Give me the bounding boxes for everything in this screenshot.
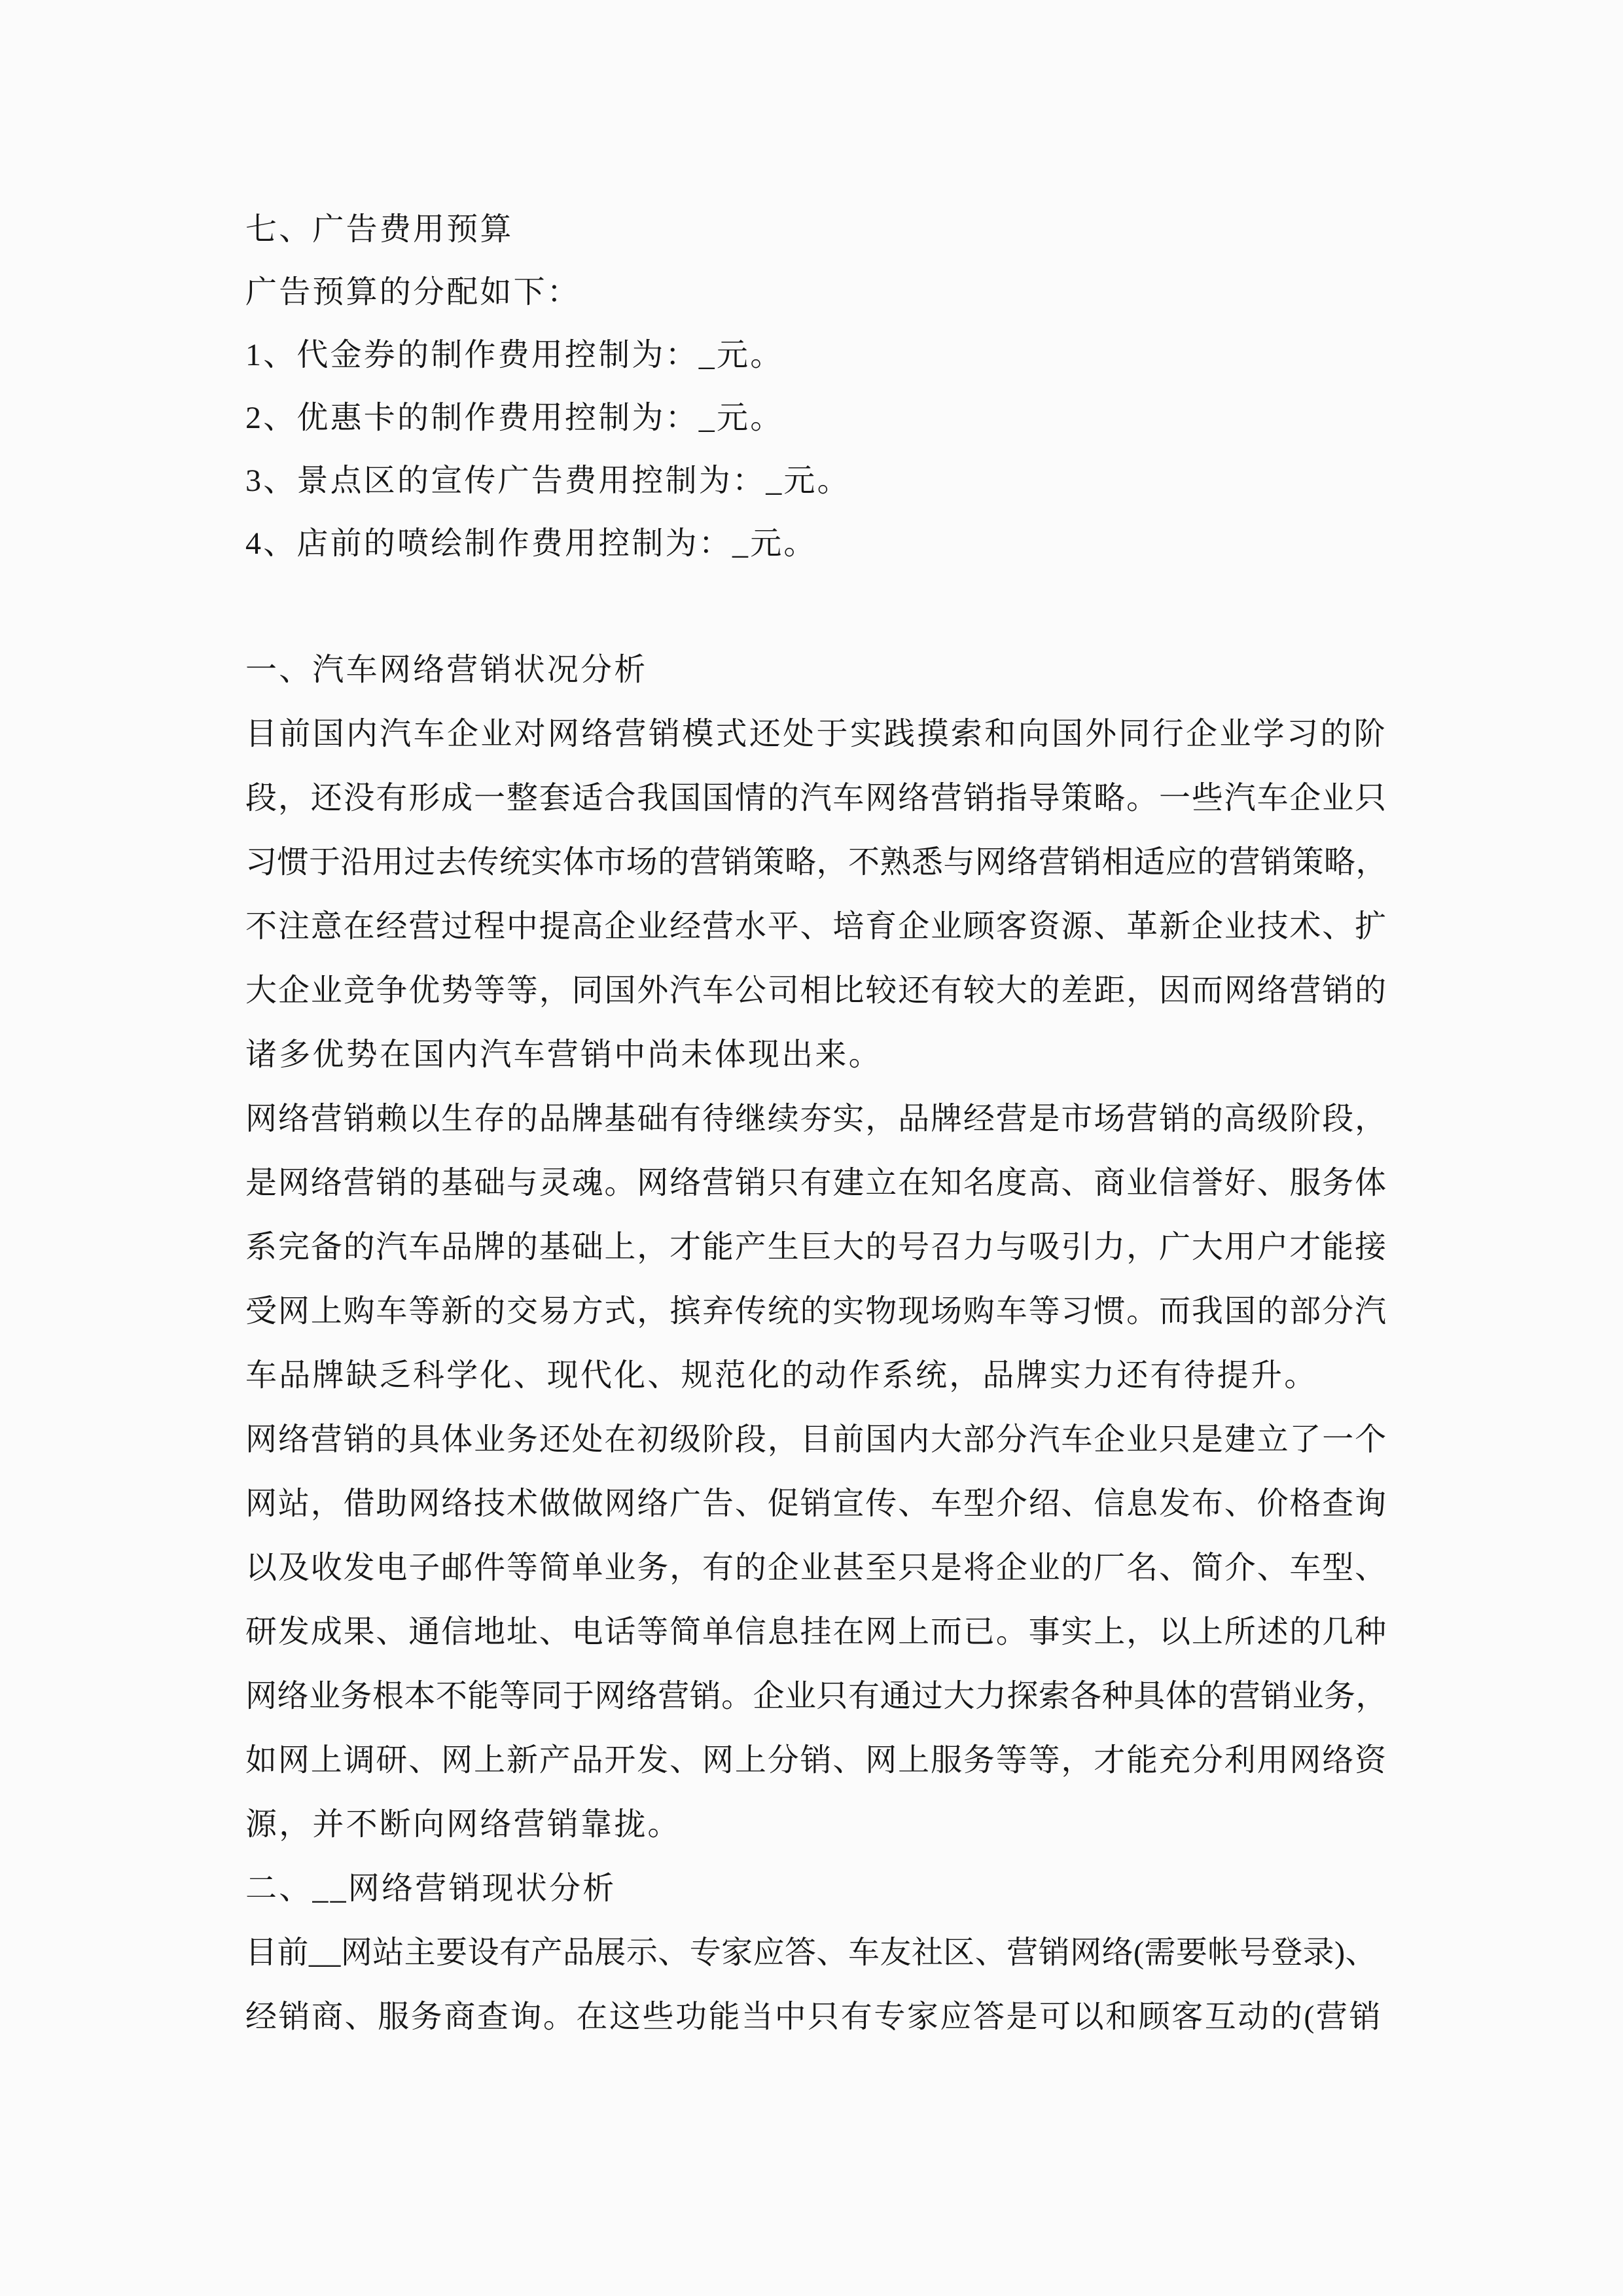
text-line: 网络营销赖以生存的品牌基础有待继续夯实，品牌经营是市场营销的高级阶段， [245, 1087, 1387, 1151]
text-line: 习惯于沿用过去传统实体市场的营销策略，不熟悉与网络营销相适应的营销策略， [245, 831, 1387, 895]
section-heading: 一、汽车网络营销状况分析 [245, 638, 1387, 702]
text-line: 网络业务根本不能等同于网络营销。企业只有通过大力探索各种具体的营销业务， [245, 1664, 1387, 1729]
text-line: 研发成果、通信地址、电话等简单信息挂在网上而已。事实上，以上所述的几种 [245, 1600, 1387, 1664]
document-page: 七、广告费用预算 广告预算的分配如下： 1、代金券的制作费用控制为：_元。2、优… [0, 0, 1623, 2296]
text-line: 以及收发电子邮件等简单业务，有的企业甚至只是将企业的厂名、简介、车型、 [245, 1536, 1387, 1600]
section-heading: 七、广告费用预算 [245, 198, 1387, 261]
text-line: 3、景点区的宣传广告费用控制为：_元。 [245, 450, 1387, 512]
budget-lede: 广告预算的分配如下： [245, 261, 1387, 324]
text-line: 段，还没有形成一整套适合我国国情的汽车网络营销指导策略。一些汽车企业只 [245, 766, 1387, 831]
text-line: 目前国内汽车企业对网络营销模式还处于实践摸索和向国外同行企业学习的阶 [245, 702, 1387, 766]
market-analysis-section: 一、汽车网络营销状况分析 目前国内汽车企业对网络营销模式还处于实践摸索和向国外同… [245, 638, 1387, 1857]
text-line: 经销商、服务商查询。在这些功能当中只有专家应答是可以和顾客互动的(营销 [245, 1985, 1387, 2049]
section-heading: 二、__网络营销现状分析 [245, 1857, 1387, 1921]
status-section: 二、__网络营销现状分析 目前__网站主要设有产品展示、专家应答、车友社区、营销… [245, 1857, 1387, 2049]
blank-line [245, 575, 1387, 638]
text-line: 如网上调研、网上新产品开发、网上分销、网上服务等等，才能充分利用网络资 [245, 1729, 1387, 1793]
text-line: 4、店前的喷绘制作费用控制为：_元。 [245, 512, 1387, 575]
text-line: 1、代金券的制作费用控制为：_元。 [245, 324, 1387, 387]
text-line: 网站，借助网络技术做做网络广告、促销宣传、车型介绍、信息发布、价格查询 [245, 1472, 1387, 1536]
text-line: 源，并不断向网络营销靠拢。 [245, 1793, 1387, 1857]
budget-section: 七、广告费用预算 广告预算的分配如下： 1、代金券的制作费用控制为：_元。2、优… [245, 198, 1387, 575]
text-line: 受网上购车等新的交易方式，摈弃传统的实物现场购车等习惯。而我国的部分汽 [245, 1280, 1387, 1344]
text-line: 不注意在经营过程中提高企业经营水平、培育企业顾客资源、革新企业技术、扩 [245, 895, 1387, 959]
text-line: 目前__网站主要设有产品展示、专家应答、车友社区、营销网络(需要帐号登录)、 [245, 1921, 1387, 1985]
text-line: 大企业竞争优势等等，同国外汽车公司相比较还有较大的差距，因而网络营销的 [245, 959, 1387, 1023]
budget-items: 1、代金券的制作费用控制为：_元。2、优惠卡的制作费用控制为：_元。3、景点区的… [245, 324, 1387, 575]
text-line: 系完备的汽车品牌的基础上，才能产生巨大的号召力与吸引力，广大用户才能接 [245, 1215, 1387, 1280]
document-text-block: 七、广告费用预算 广告预算的分配如下： 1、代金券的制作费用控制为：_元。2、优… [245, 198, 1387, 2049]
text-line: 是网络营销的基础与灵魂。网络营销只有建立在知名度高、商业信誉好、服务体 [245, 1151, 1387, 1215]
market-analysis-paragraph-lines: 目前国内汽车企业对网络营销模式还处于实践摸索和向国外同行企业学习的阶段，还没有形… [245, 702, 1387, 1857]
text-line: 2、优惠卡的制作费用控制为：_元。 [245, 387, 1387, 450]
text-line: 车品牌缺乏科学化、现代化、规范化的动作系统，品牌实力还有待提升。 [245, 1344, 1387, 1408]
text-line: 网络营销的具体业务还处在初级阶段，目前国内大部分汽车企业只是建立了一个 [245, 1408, 1387, 1472]
text-line: 诸多优势在国内汽车营销中尚未体现出来。 [245, 1023, 1387, 1087]
status-paragraph-lines: 目前__网站主要设有产品展示、专家应答、车友社区、营销网络(需要帐号登录)、经销… [245, 1921, 1387, 2049]
